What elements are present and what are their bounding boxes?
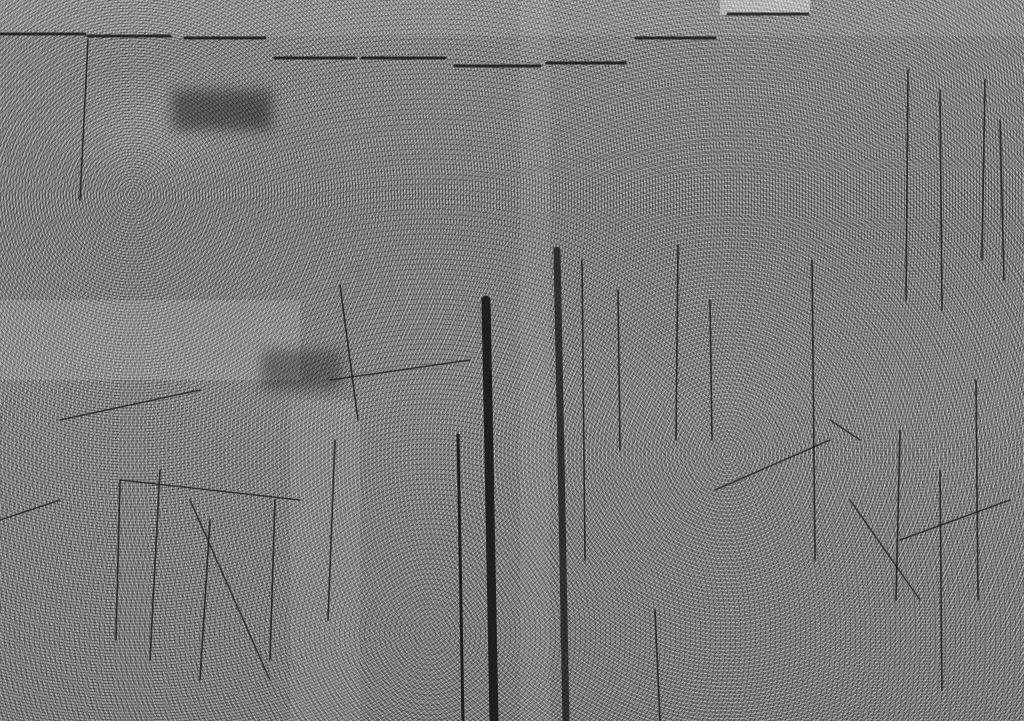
scratch-strokes: [0, 0, 1024, 721]
charcoal-artwork: [0, 0, 1024, 721]
